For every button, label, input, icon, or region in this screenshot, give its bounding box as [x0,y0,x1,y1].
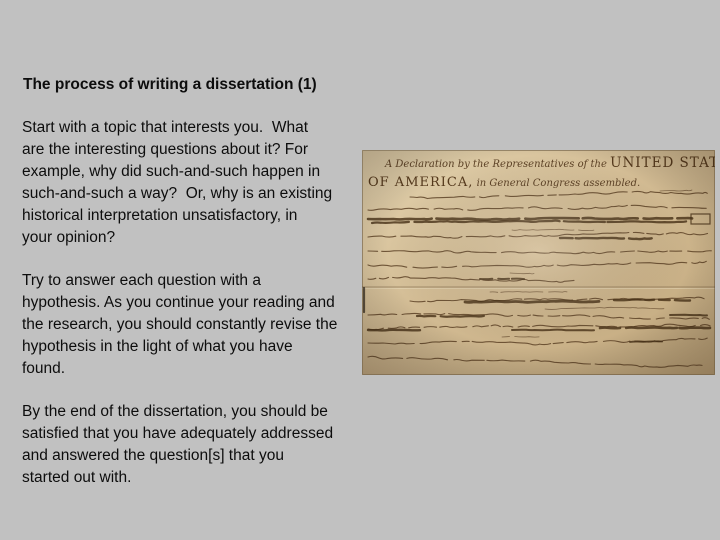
text-line: By the end of the dissertation, you shou… [22,401,367,423]
text-line: historical interpretation unsatisfactory… [22,205,367,227]
jefferson-draft-manuscript-image: A Declaration by the Representatives of … [362,150,715,375]
text-line: your opinion? [22,227,367,249]
paragraph-3: By the end of the dissertation, you shou… [22,401,367,489]
parchment-vignette [363,151,715,375]
text-line: started out with. [22,467,367,489]
text-line: are the interesting questions about it? … [22,139,367,161]
text-line: satisfied that you have adequately addre… [22,423,367,445]
text-line: Try to answer each question with a [22,270,367,292]
text-line: hypothesis. As you continue your reading… [22,292,367,314]
text-line: such-and-such a way? Or, why is an exist… [22,183,367,205]
text-line: the research, you should constantly revi… [22,314,367,336]
text-line: Start with a topic that interests you. W… [22,117,367,139]
manuscript-svg: A Declaration by the Representatives of … [362,150,715,375]
text-column: The process of writing a dissertation (1… [22,74,367,489]
text-line: found. [22,358,367,380]
presentation-slide: The process of writing a dissertation (1… [0,0,720,540]
paragraph-2: Try to answer each question with a hypot… [22,270,367,380]
text-line: hypothesis in the light of what you have [22,336,367,358]
text-line: and answered the question[s] that you [22,445,367,467]
slide-title: The process of writing a dissertation (1… [23,74,367,96]
paragraph-1: Start with a topic that interests you. W… [22,117,367,249]
text-line: example, why did such-and-such happen in [22,161,367,183]
